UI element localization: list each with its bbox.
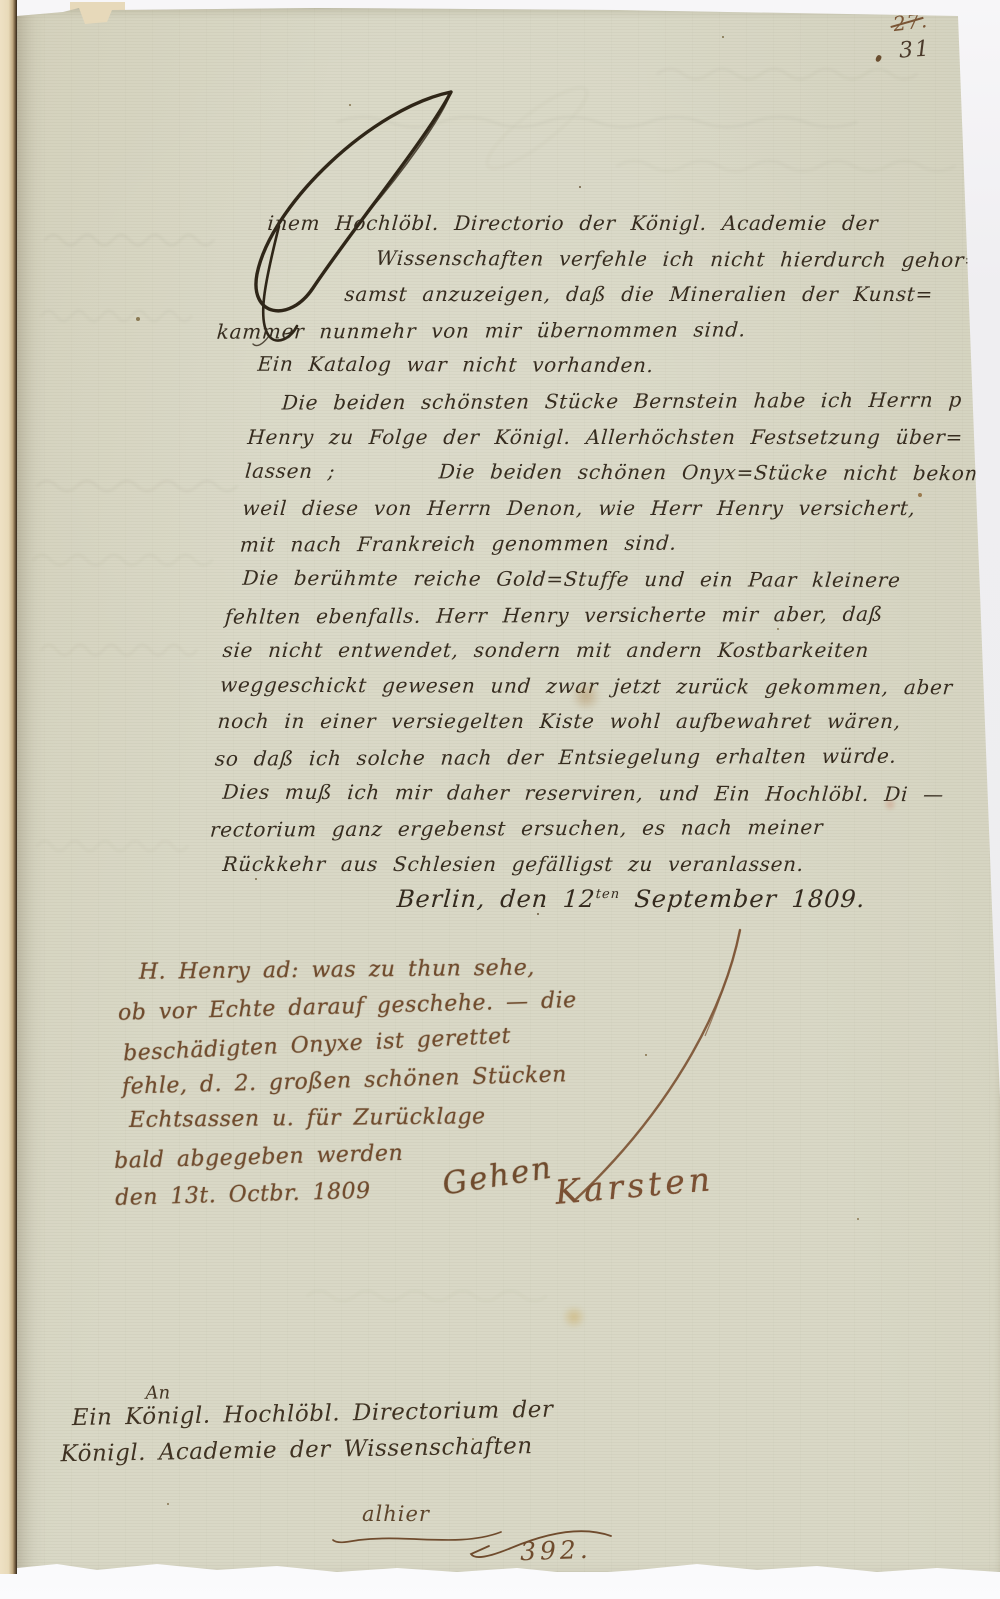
letter-line: Wissenschaften verfehle ich nicht hierdu… xyxy=(375,241,1000,279)
letter-body: inem Hochlöbl. Directorio der Königl. Ac… xyxy=(178,206,1000,882)
letter-line: Ein Katalog war nicht vorhanden. xyxy=(256,347,995,385)
letter-line: samst anzuzeigen, daß die Mineralien der… xyxy=(343,277,1000,313)
address-line: Ein Königl. Hochlöbl. Directorium der xyxy=(72,1397,554,1431)
folio-number-new: 31 xyxy=(898,33,974,63)
letter-line: noch in einer versiegelten Kiste wohl au… xyxy=(216,704,970,740)
letter-line: kammer nunmehr von mir übernommen sind. xyxy=(216,311,999,350)
underline-flourish xyxy=(333,1532,501,1542)
letter-line: sie nicht entwendet, sondern mit andern … xyxy=(221,633,975,669)
letter-line: Dies muß ich mir daher reserviren, und E… xyxy=(221,774,965,812)
registry-number: 392. xyxy=(520,1535,593,1566)
scan-background: 27. 31 E inem Hochlöbl. Directorio der K… xyxy=(0,0,1000,1599)
marginal-note-line: H. Henry ad: was zu thun sehe, xyxy=(139,950,539,991)
pen-flourish xyxy=(574,930,740,1201)
letter-line: inem Hochlöbl. Directorio der Königl. Ac… xyxy=(266,206,1000,242)
paper-stain xyxy=(561,1306,587,1328)
paper-stain xyxy=(883,798,897,811)
folio-numbers: 27. 31 xyxy=(893,10,973,61)
binding-edge xyxy=(0,0,17,1574)
date-line: Berlin, den 12ten September 1809. xyxy=(396,885,983,913)
letter-line: Die berühmte reiche Gold=Stuffe und ein … xyxy=(241,561,980,599)
letter-line: lassen ; Die beiden schönen Onyx=Stücke … xyxy=(244,454,988,492)
letter-line: Rückkehr aus Schlesien gefälligst zu ver… xyxy=(221,847,960,883)
delivery-note-alhier: alhier xyxy=(362,1502,430,1526)
paper-stain xyxy=(569,683,603,709)
letter-line: rectorium ganz ergebenst ersuchen, es na… xyxy=(209,809,964,848)
letter-line: Die beiden schönsten Stücke Bernstein ha… xyxy=(281,382,994,421)
letter-line: so daß ich solche nach der Entsiegelung … xyxy=(214,738,969,777)
letter-line: weil diese von Herrn Denon, wie Herr Hen… xyxy=(241,491,985,527)
letter-line: Henry zu Folge der Königl. Allerhöchsten… xyxy=(246,420,990,456)
letter-line: mit nach Frankreich genommen sind. xyxy=(239,525,984,564)
manuscript-paper: 27. 31 E inem Hochlöbl. Directorio der K… xyxy=(17,8,1000,1572)
folio-number-old: 27. xyxy=(892,8,929,36)
paper-specks xyxy=(17,8,19,10)
date-line-wrap: Berlin, den 12ten September 1809. xyxy=(201,882,983,913)
letter-line: fehlten ebenfalls. Herr Henry versichert… xyxy=(224,596,979,635)
address-block: An Ein Königl. Hochlöbl. Directorium der… xyxy=(59,1376,554,1468)
marginal-note-line: Echtsassen u. für Zurücklage xyxy=(129,1098,543,1139)
